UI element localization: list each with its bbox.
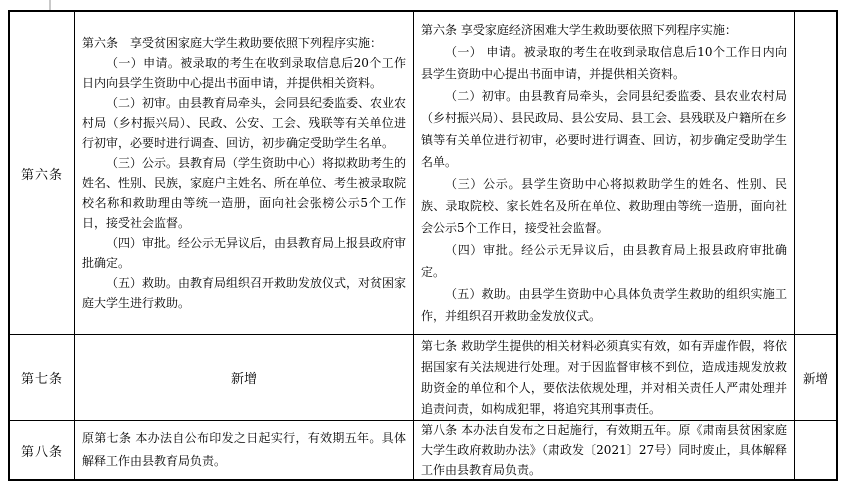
note-cell-article-8: [795, 421, 836, 479]
document-page: 第六条 第六条 享受贫困家庭大学生救助要依照下列程序实施： （一）申请。被录取的…: [0, 0, 845, 492]
paragraph: 第六条 享受家庭经济困难大学生救助要依照下列程序实施：: [421, 19, 787, 41]
new-addition-placeholder: 新增: [231, 368, 257, 387]
old-text-cell-article-7: 新增: [75, 335, 414, 421]
paragraph: 原第七条 本办法自公布印发之日起实行，有效期五年。具体解释工作由县教育局负责。: [82, 427, 406, 473]
note-cell-article-6: [795, 12, 836, 335]
note-cell-article-7: 新增: [795, 335, 836, 421]
article-label: 第八条: [21, 441, 63, 460]
paragraph: （三）公示。县学生资助中心将拟救助学生的姓名、性别、民族、录取院校、家长姓名及所…: [421, 173, 787, 239]
paragraph: （一）申请。被录取的考生在收到录取信息后20个工作日内向县学生资助中心提出书面申…: [82, 53, 406, 93]
old-text-cell-article-8: 原第七条 本办法自公布印发之日起实行，有效期五年。具体解释工作由县教育局负责。: [75, 421, 414, 479]
paragraph: 第六条 享受贫困家庭大学生救助要依照下列程序实施：: [82, 33, 406, 53]
new-text-cell-article-6: 第六条 享受家庭经济困难大学生救助要依照下列程序实施： （一） 申请。被录取的考…: [414, 12, 795, 335]
paragraph: （二）初审。由县教育局牵头，会同县纪委监委、县农业农村局（乡村振兴局）、县民政局…: [421, 85, 787, 173]
paragraph: （三）公示。县教育局（学生资助中心）将拟救助考生的姓名、性别、民族，家庭户主姓名…: [82, 153, 406, 233]
old-text-cell-article-6: 第六条 享受贫困家庭大学生救助要依照下列程序实施： （一）申请。被录取的考生在收…: [75, 12, 414, 335]
article-label-cell-7: 第七条: [10, 335, 75, 421]
note-text: 新增: [803, 369, 828, 387]
article-label-cell-6: 第六条: [10, 12, 75, 335]
article-label-cell-8: 第八条: [10, 421, 75, 479]
article-label: 第六条: [21, 164, 63, 183]
paragraph: （二）初审。由县教育局牵头，会同县纪委监委、农业农村局（乡村振兴局）、民政、公安…: [82, 93, 406, 153]
article-label: 第七条: [21, 368, 63, 387]
paragraph: （四）审批。经公示无异议后，由县教育局上报县政府审批确定。: [82, 233, 406, 273]
new-text-cell-article-8: 第八条 本办法自发布之日起施行，有效期五年。原《肃南县贫困家庭大学生政府救助办法…: [414, 421, 795, 479]
paragraph: 第七条 救助学生提供的相关材料必须真实有效，如有弄虚作假，将依据国家有关法规进行…: [421, 336, 787, 420]
paragraph: （五）救助。由县学生资助中心具体负责学生救助的组织实施工作，并组织召开救助金发放…: [421, 283, 787, 327]
paragraph: 第八条 本办法自发布之日起施行，有效期五年。原《肃南县贫困家庭大学生政府救助办法…: [421, 421, 787, 479]
regulation-comparison-table: 第六条 第六条 享受贫困家庭大学生救助要依照下列程序实施： （一）申请。被录取的…: [8, 10, 838, 481]
paragraph: （一） 申请。被录取的考生在收到录取信息后10个工作日内向县学生资助中心提出书面…: [421, 41, 787, 85]
paragraph: （五）救助。由教育局组织召开救助发放仪式，对贫困家庭大学生进行救助。: [82, 273, 406, 313]
new-text-cell-article-7: 第七条 救助学生提供的相关材料必须真实有效，如有弄虚作假，将依据国家有关法规进行…: [414, 335, 795, 421]
paragraph: （四）审批。经公示无异议后，由县教育局上报县政府审批确定。: [421, 239, 787, 283]
